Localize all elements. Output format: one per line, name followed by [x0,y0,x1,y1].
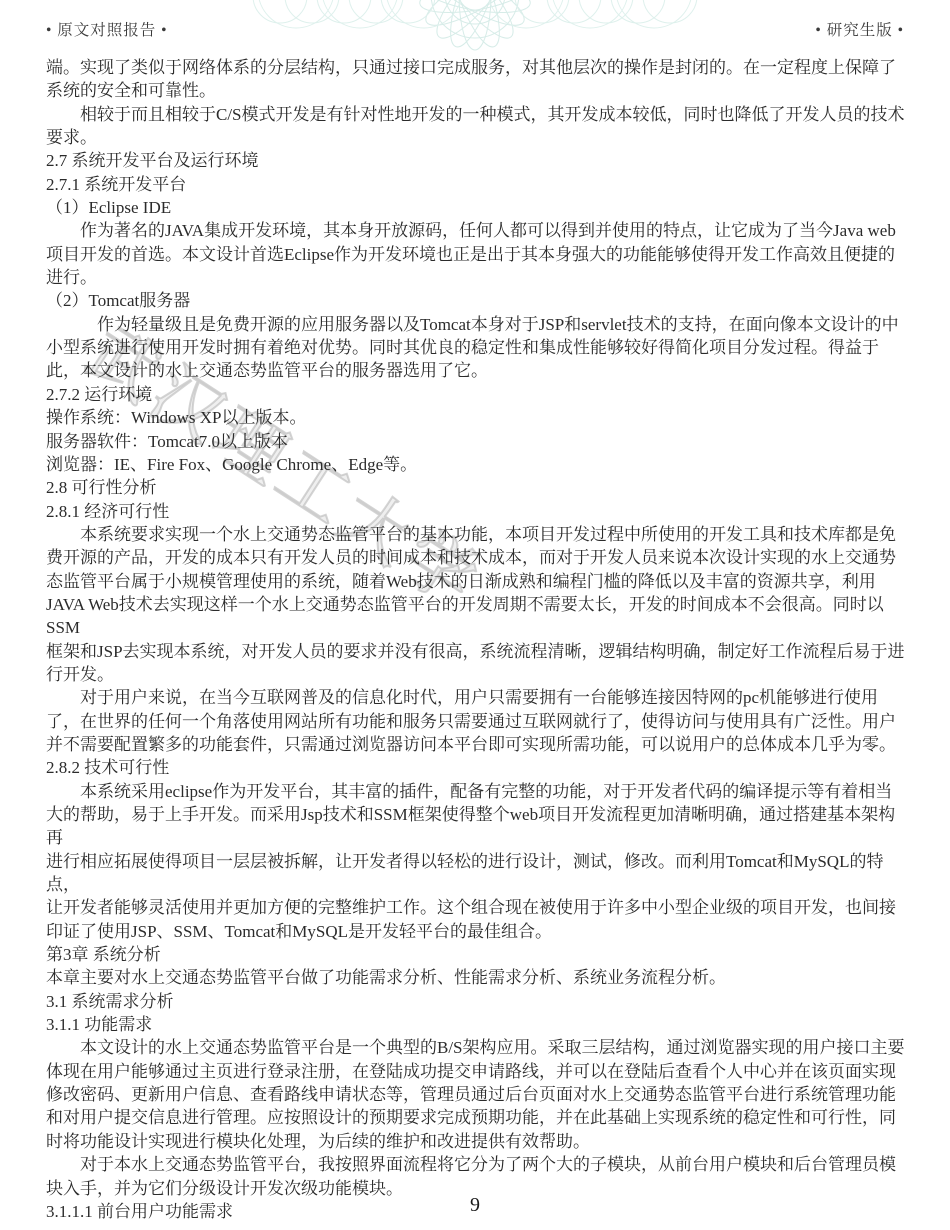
report-page: • 原文对照报告 • • 研究生版 • 武汉理工大学 端。实现了类似于网络体系的… [0,0,950,1230]
text-line: 大的帮助，易于上手开发。而采用Jsp技术和SSM框架使得整个web项目开发流程更… [46,803,908,850]
text-line: 并不需要配置繁多的功能套件，只需通过浏览器访问本平台即可实现所需功能，可以说用户… [46,733,908,756]
section-heading: 2.8.1 经济可行性 [46,500,908,523]
text-line: 要求。 [46,126,908,149]
text-line: 浏览器：IE、Fire Fox、Google Chrome、Edge等。 [46,453,908,476]
text-line: 费开源的产品，开发的成本只有开发人员的时间成本和技术成本，而对于开发人员来说本次… [46,546,908,569]
page-header: • 原文对照报告 • • 研究生版 • [46,18,904,40]
text-line: 本系统要求实现一个水上交通势态监管平台的基本功能，本项目开发过程中所使用的开发工… [46,523,908,546]
text-line: 让开发者能够灵活使用并更加方便的完整维护工作。这个组合现在被使用于许多中小型企业… [46,896,908,919]
section-heading: 2.7.2 运行环境 [46,383,908,406]
section-heading: 2.8 可行性分析 [46,476,908,499]
section-heading: 2.7 系统开发平台及运行环境 [46,149,908,172]
text-line: 本文设计的水上交通态势监管平台是一个典型的B/S架构应用。采取三层结构，通过浏览… [46,1036,908,1059]
text-line: 修改密码、更新用户信息、查看路线申请状态等，管理员通过后台页面对水上交通势态监管… [46,1083,908,1106]
page-number: 9 [0,1194,950,1217]
text-line: 服务器软件：Tomcat7.0以上版本 [46,430,908,453]
text-line: 小型系统进行使用开发时拥有着绝对优势。同时其优良的稳定性和集成性能够较好得简化项… [46,336,908,359]
text-line: JAVA Web技术去实现这样一个水上交通势态监管平台的开发周期不需要太长，开发… [46,593,908,640]
text-line: 和对用户提交信息进行管理。应按照设计的预期要求完成预期功能，并在此基础上实现系统… [46,1106,908,1129]
text-line: （1）Eclipse IDE [46,196,908,219]
text-line: 体现在用户能够通过主页进行登录注册，在登陆成功提交申请路线，并可以在登陆后查看个… [46,1060,908,1083]
text-line: 框架和JSP去实现本系统，对开发人员的要求并没有很高，系统流程清晰，逻辑结构明确… [46,640,908,663]
text-line: 操作系统：Windows XP以上版本。 [46,406,908,429]
text-line: 进行相应拓展使得项目一层层被拆解，让开发者得以轻松的进行设计，测试，修改。而利用… [46,850,908,897]
section-heading: 3.1 系统需求分析 [46,990,908,1013]
text-line: 时将功能设计实现进行模块化处理，为后续的维护和改进提供有效帮助。 [46,1130,908,1153]
text-line: 本系统采用eclipse作为开发平台，其丰富的插件，配备有完整的功能，对于开发者… [46,780,908,803]
text-line: 行开发。 [46,663,908,686]
text-line: 本章主要对水上交通态势监管平台做了功能需求分析、性能需求分析、系统业务流程分析。 [46,966,908,989]
section-heading: 2.7.1 系统开发平台 [46,173,908,196]
text-line: 对于用户来说，在当今互联网普及的信息化时代，用户只需要拥有一台能够连接因特网的p… [46,686,908,709]
header-right-label: • 研究生版 • [815,18,904,40]
header-left-label: • 原文对照报告 • [46,18,168,40]
text-line: （2）Tomcat服务器 [46,289,908,312]
text-line: 相较于而且相较于C/S模式开发是有针对性地开发的一种模式，其开发成本较低，同时也… [46,103,908,126]
text-line: 此，本文设计的水上交通态势监管平台的服务器选用了它。 [46,359,908,382]
text-line: 端。实现了类似于网络体系的分层结构，只通过接口完成服务，对其他层次的操作是封闭的… [46,56,908,79]
text-line: 态监管平台属于小规模管理使用的系统，随着Web技术的日渐成熟和编程门槛的降低以及… [46,570,908,593]
chapter-heading: 第3章 系统分析 [46,943,908,966]
text-line: 了，在世界的任何一个角落使用网站所有功能和服务只需要通过互联网就行了，使得访问与… [46,710,908,733]
text-line: 进行。 [46,266,908,289]
section-heading: 3.1.1 功能需求 [46,1013,908,1036]
text-line: 系统的安全和可靠性。 [46,79,908,102]
text-line: 对于本水上交通态势监管平台，我按照界面流程将它分为了两个大的子模块，从前台用户模… [46,1153,908,1176]
text-line: 作为著名的JAVA集成开发环境，其本身开放源码，任何人都可以得到并使用的特点，让… [46,219,908,242]
section-heading: 2.8.2 技术可行性 [46,756,908,779]
text-line: 项目开发的首选。本文设计首选Eclipse作为开发环境也正是出于其本身强大的功能… [46,243,908,266]
text-line: 作为轻量级且是免费开源的应用服务器以及Tomcat本身对于JSP和servlet… [46,313,908,336]
document-body: 端。实现了类似于网络体系的分层结构，只通过接口完成服务，对其他层次的操作是封闭的… [46,56,908,1223]
text-line: 印证了使用JSP、SSM、Tomcat和MySQL是开发轻平台的最佳组合。 [46,920,908,943]
